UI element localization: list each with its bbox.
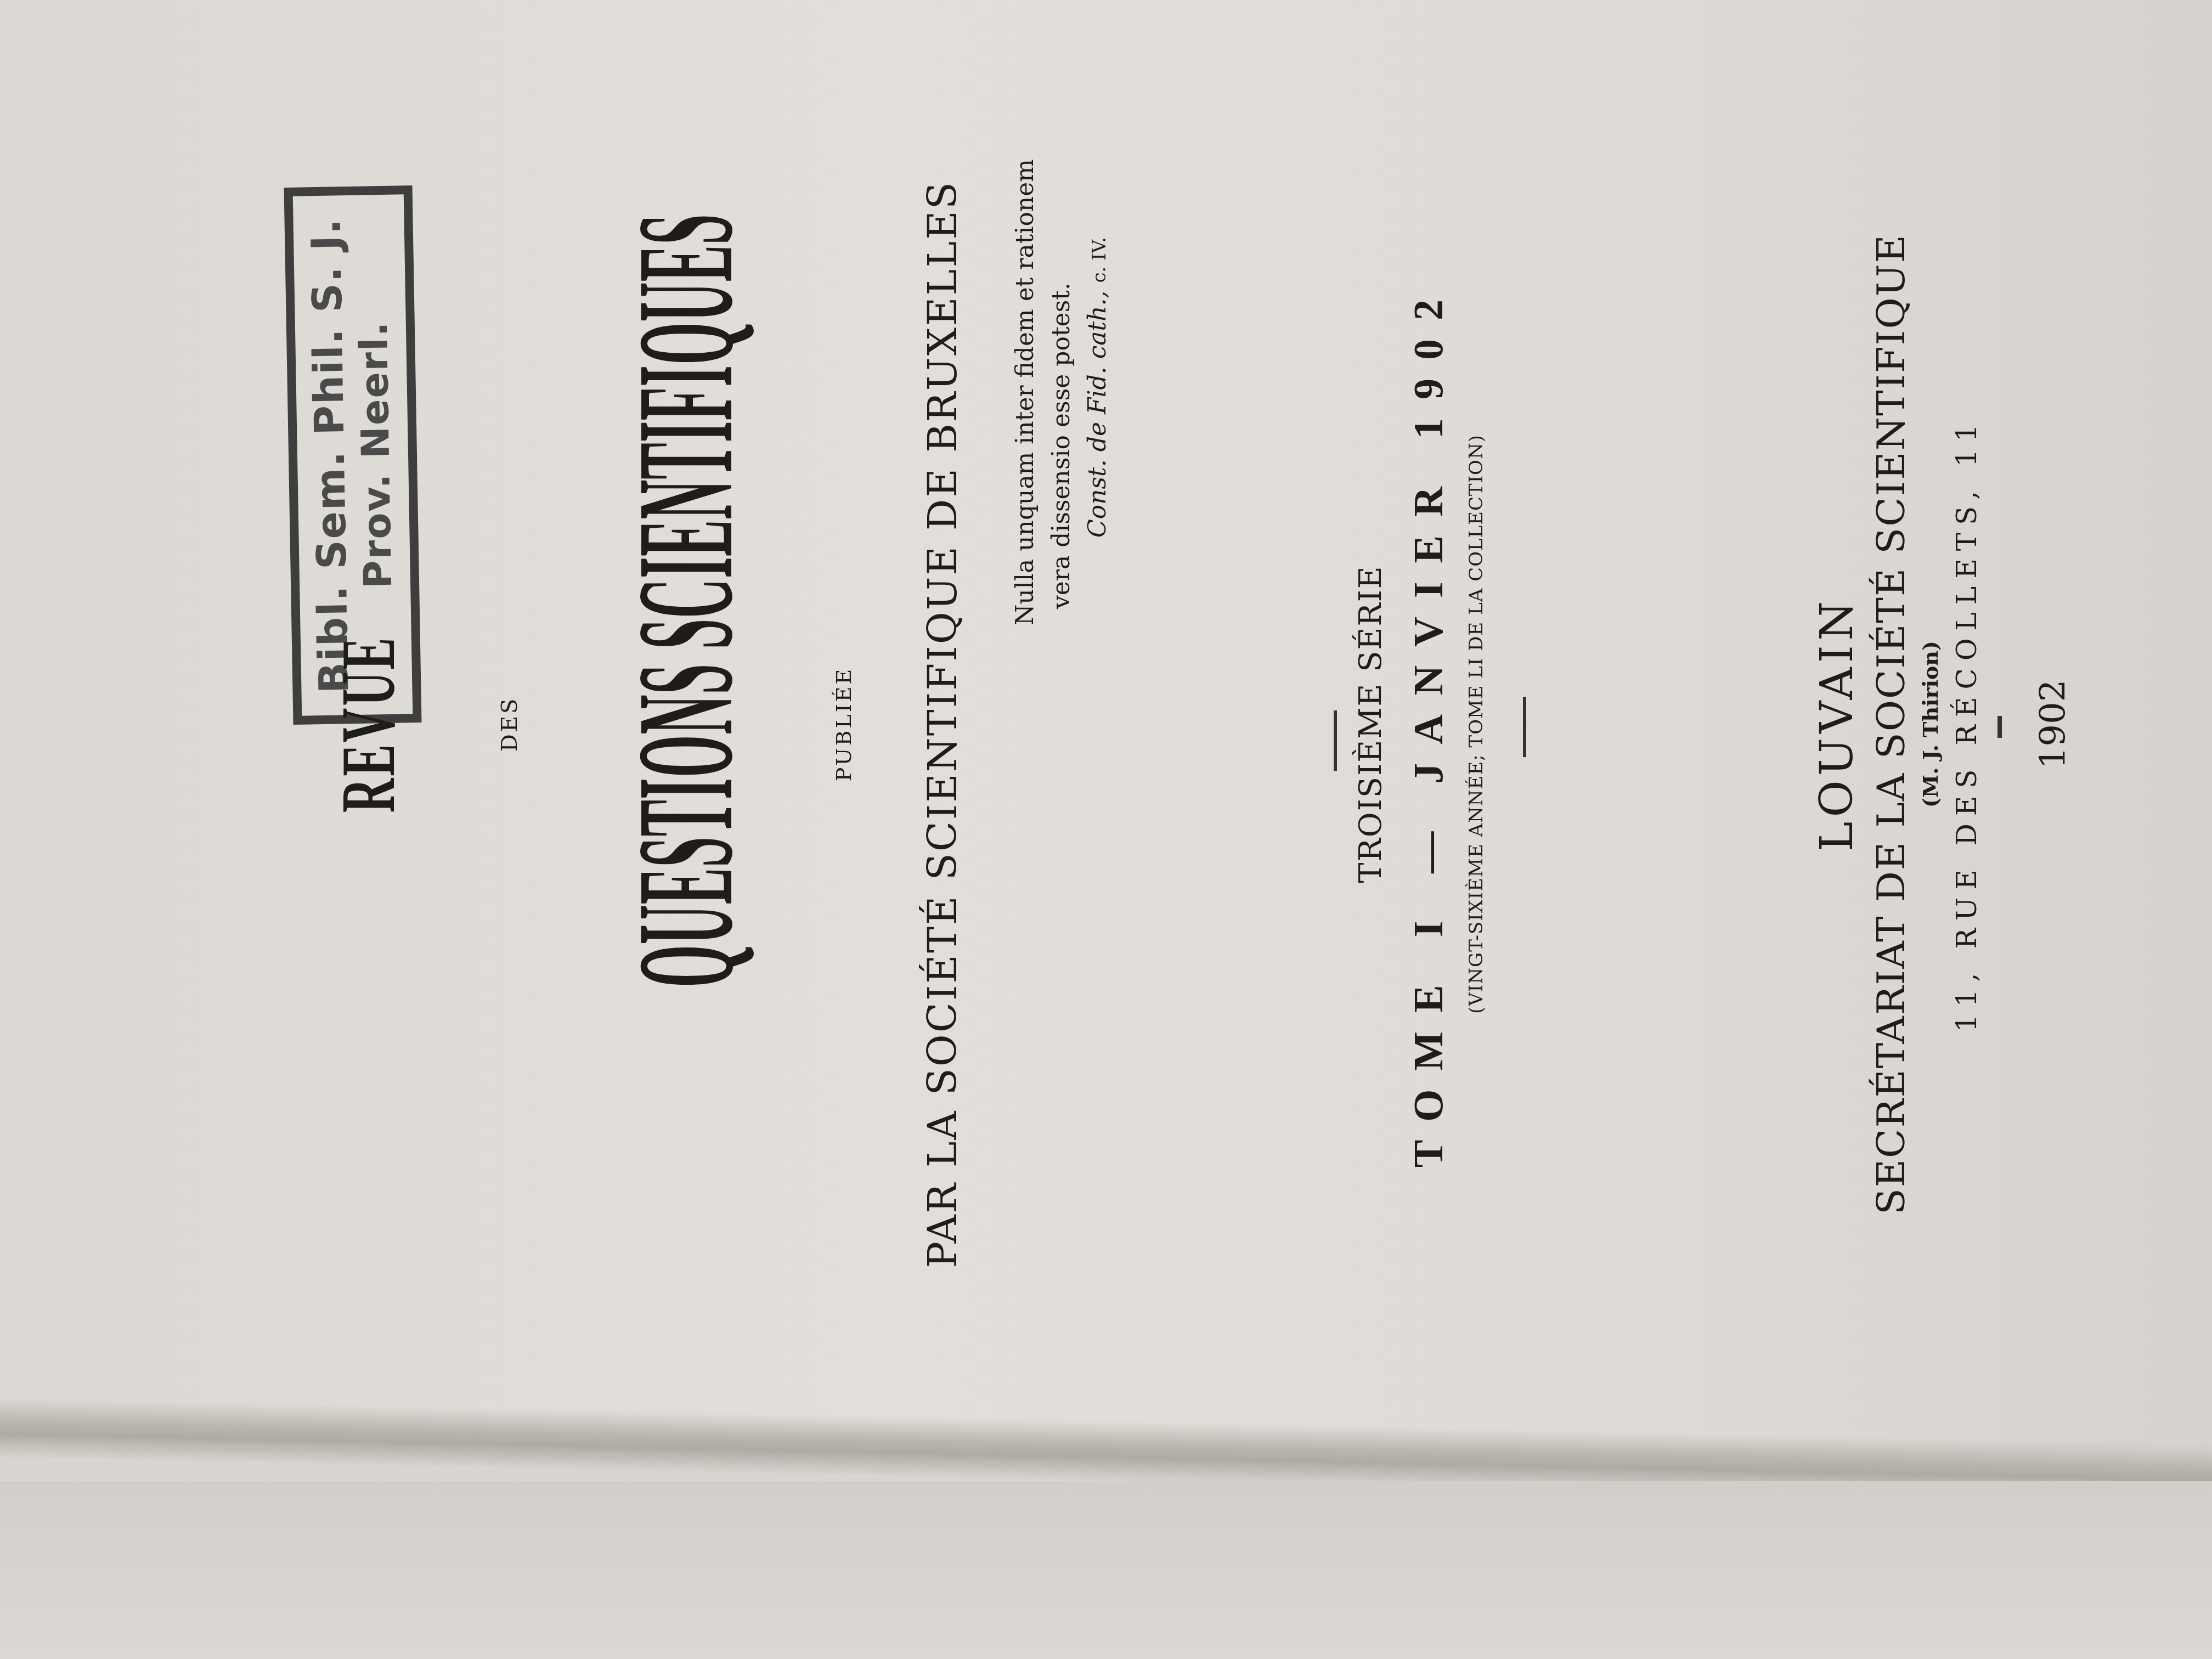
motto-line-1: Nulla unquam inter fidem et rationem [1007,132,1043,625]
series-label: TROISIÈME SÉRIE [1353,66,1389,1383]
imprint-year: 1902 [2033,66,2074,1383]
imprint-person: (M. J. Thirion) [1918,66,1943,1383]
publiee-label: PUBLIÉE [832,66,856,1383]
imprint-address: 11, RUE DES RÉCOLLETS, 11 [1951,66,1983,1383]
imprint-secretariat: SECRÉTARIAT DE LA SOCIÉTÉ SCIENTIFIQUE [1869,66,1914,1383]
citation-text: Const. de Fid. cath., [1084,290,1111,538]
citation-ref: c. IV. [1088,237,1110,283]
motto-line-2: vera dissensio esse potest. [1043,132,1080,625]
imprint-city: LOUVAIN [1811,66,1863,1383]
imprint-dash [1997,716,2002,738]
revue-heading: REVUE [324,316,413,1132]
motto-epigraph: Nulla unquam inter fidem et rationem ver… [1007,132,1118,625]
main-title: QUESTIONS SCIENTIFIQUES [607,461,765,988]
des-label: DES [497,66,522,1383]
divider-rule [1523,697,1526,757]
tome-note: (VINGT-SIXIÈME ANNÉE; TOME LI DE LA COLL… [1465,66,1487,1383]
facing-page [0,1481,2212,1659]
title-page-text-block: Bibl. Sem. Phil. S. J. Prov. Neerl. REVU… [173,66,2039,1383]
tome-heading: TOME I — JANVIER 1902 [1405,66,1453,1383]
publisher-line: PAR LA SOCIÉTÉ SCIENTIFIQUE DE BRUXELLES [919,66,966,1383]
divider-rule [1334,710,1337,771]
motto-citation: Const. de Fid. cath., c. IV. [1080,132,1118,625]
